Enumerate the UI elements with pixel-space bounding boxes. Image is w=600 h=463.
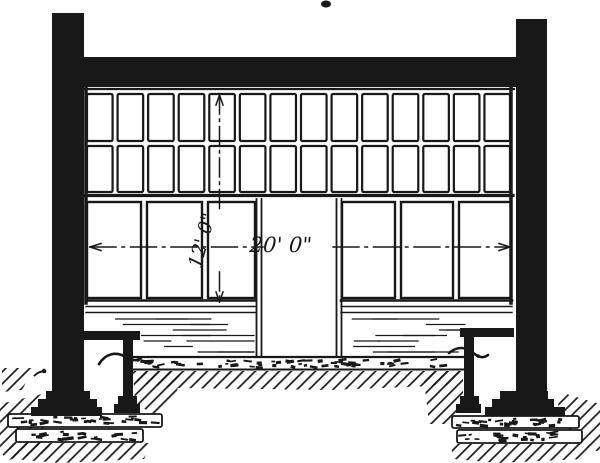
transom-pane <box>240 146 266 192</box>
stone-texture-mark <box>493 433 500 436</box>
stone-texture-mark <box>57 438 61 442</box>
stone-texture-mark <box>178 363 182 366</box>
transom-pane <box>87 94 113 141</box>
dimension-label-width: 20' 0" <box>248 232 313 257</box>
storefront-section-drawing: 20' 0" 12' 0" <box>0 0 600 463</box>
stone-texture-mark <box>84 421 87 423</box>
stone-texture-mark <box>218 365 222 368</box>
stone-texture-mark <box>31 433 35 435</box>
ground-hatching-far-left <box>2 368 34 392</box>
stone-texture-mark <box>272 364 276 367</box>
stone-texture-mark <box>331 362 337 364</box>
stone-texture-mark <box>550 433 559 435</box>
stone-texture-mark <box>257 362 262 365</box>
stone-texture-mark <box>122 420 127 423</box>
stone-texture-mark <box>53 416 57 419</box>
lintel-beam <box>76 57 526 87</box>
transom-pane <box>209 146 235 192</box>
stone-texture-mark <box>465 438 470 440</box>
stone-texture-mark <box>523 436 527 439</box>
right-column-footing-step <box>492 399 554 408</box>
transom-pane <box>179 94 205 141</box>
transom-pane <box>270 94 296 141</box>
right-basement-post <box>464 337 474 398</box>
transom-pane <box>87 146 113 192</box>
engraving-page: 20' 0" 12' 0" <box>0 0 600 463</box>
stone-texture-mark <box>147 360 154 362</box>
stone-texture-mark <box>528 432 537 435</box>
stone-texture-mark <box>541 438 544 441</box>
left-post-foot <box>118 396 137 404</box>
left-column-footing-step <box>31 407 102 416</box>
stone-texture-mark <box>500 423 504 426</box>
stone-texture-mark <box>129 416 137 418</box>
transom-pane <box>118 146 144 192</box>
stone-texture-mark <box>557 420 561 423</box>
stone-texture-mark <box>15 417 24 419</box>
left-areaway-lintel <box>83 331 140 340</box>
transom-pane <box>148 146 174 192</box>
transom-pane <box>423 94 449 141</box>
transom-pane <box>332 94 358 141</box>
ink-spot <box>321 1 331 8</box>
stone-texture-mark <box>271 361 275 363</box>
right-areaway-lintel <box>460 328 514 337</box>
ground-hatching-below-left-footing <box>8 443 152 463</box>
transom-pane <box>118 94 144 141</box>
transom-pane <box>393 146 419 192</box>
dimension-label-height: 12' 0" <box>184 210 220 270</box>
right-anchor-bolt <box>476 354 480 358</box>
display-window-pane <box>459 202 511 298</box>
left-column-footing-step <box>38 399 97 408</box>
transom-pane <box>454 94 480 141</box>
stone-texture-mark <box>549 424 556 428</box>
stone-texture-mark <box>380 362 384 365</box>
grade-mark-dot <box>42 369 46 373</box>
stone-texture-mark <box>64 416 72 418</box>
transom-pane <box>454 146 480 192</box>
ground-hatching-below-right-footing <box>450 444 590 463</box>
left-basement-post <box>123 340 133 398</box>
stone-texture-mark <box>303 359 312 361</box>
stone-texture-mark <box>478 420 481 423</box>
stone-texture-mark <box>474 438 479 440</box>
stone-texture-mark <box>131 418 135 420</box>
stone-texture-mark <box>488 419 491 422</box>
transom-pane <box>270 146 296 192</box>
stone-texture-mark <box>256 366 263 370</box>
ground-hatching-under-sidewalk <box>135 371 463 390</box>
ground-hatching-left-areaway <box>133 371 180 416</box>
right-foundation-stone-course-2 <box>457 430 582 443</box>
stone-texture-mark <box>230 364 238 368</box>
stone-texture-mark <box>348 361 356 364</box>
display-window-pane <box>87 202 141 298</box>
stone-texture-mark <box>387 363 394 365</box>
transom-pane <box>362 146 388 192</box>
stone-texture-mark <box>72 419 78 422</box>
stone-texture-mark <box>501 437 508 440</box>
stone-texture-mark <box>304 364 308 367</box>
left-anchor-bolt <box>136 358 140 362</box>
stone-texture-mark <box>29 419 33 421</box>
transom-pane <box>301 146 327 192</box>
transom-pane <box>148 94 174 141</box>
right-post-foot <box>456 404 481 413</box>
right-column-footing-step <box>485 407 565 416</box>
transom-pane <box>393 94 419 141</box>
transom-pane <box>301 94 327 141</box>
stone-texture-mark <box>99 418 102 420</box>
left-post-foot <box>114 404 140 413</box>
stone-texture-mark <box>103 422 109 425</box>
stone-texture-mark <box>317 359 322 363</box>
display-window-pane <box>401 202 453 298</box>
right-post-foot <box>460 396 479 404</box>
display-window-pane <box>342 202 395 298</box>
transom-pane <box>332 146 358 192</box>
transom-pane <box>484 146 510 192</box>
dimension-labels: 20' 0" 12' 0" <box>184 210 313 270</box>
transom-pane <box>423 146 449 192</box>
stone-texture-mark <box>471 420 476 422</box>
stone-texture-mark <box>81 418 86 420</box>
stone-texture-mark <box>91 438 98 440</box>
transom-pane <box>179 146 205 192</box>
stone-texture-mark <box>197 362 203 365</box>
stone-texture-mark <box>536 435 540 438</box>
stone-texture-mark <box>499 439 507 443</box>
transom-pane <box>240 94 266 141</box>
transom-pane <box>484 94 510 141</box>
stone-texture-mark <box>63 433 69 437</box>
transom-pane <box>362 94 388 141</box>
stone-texture-mark <box>276 361 281 365</box>
